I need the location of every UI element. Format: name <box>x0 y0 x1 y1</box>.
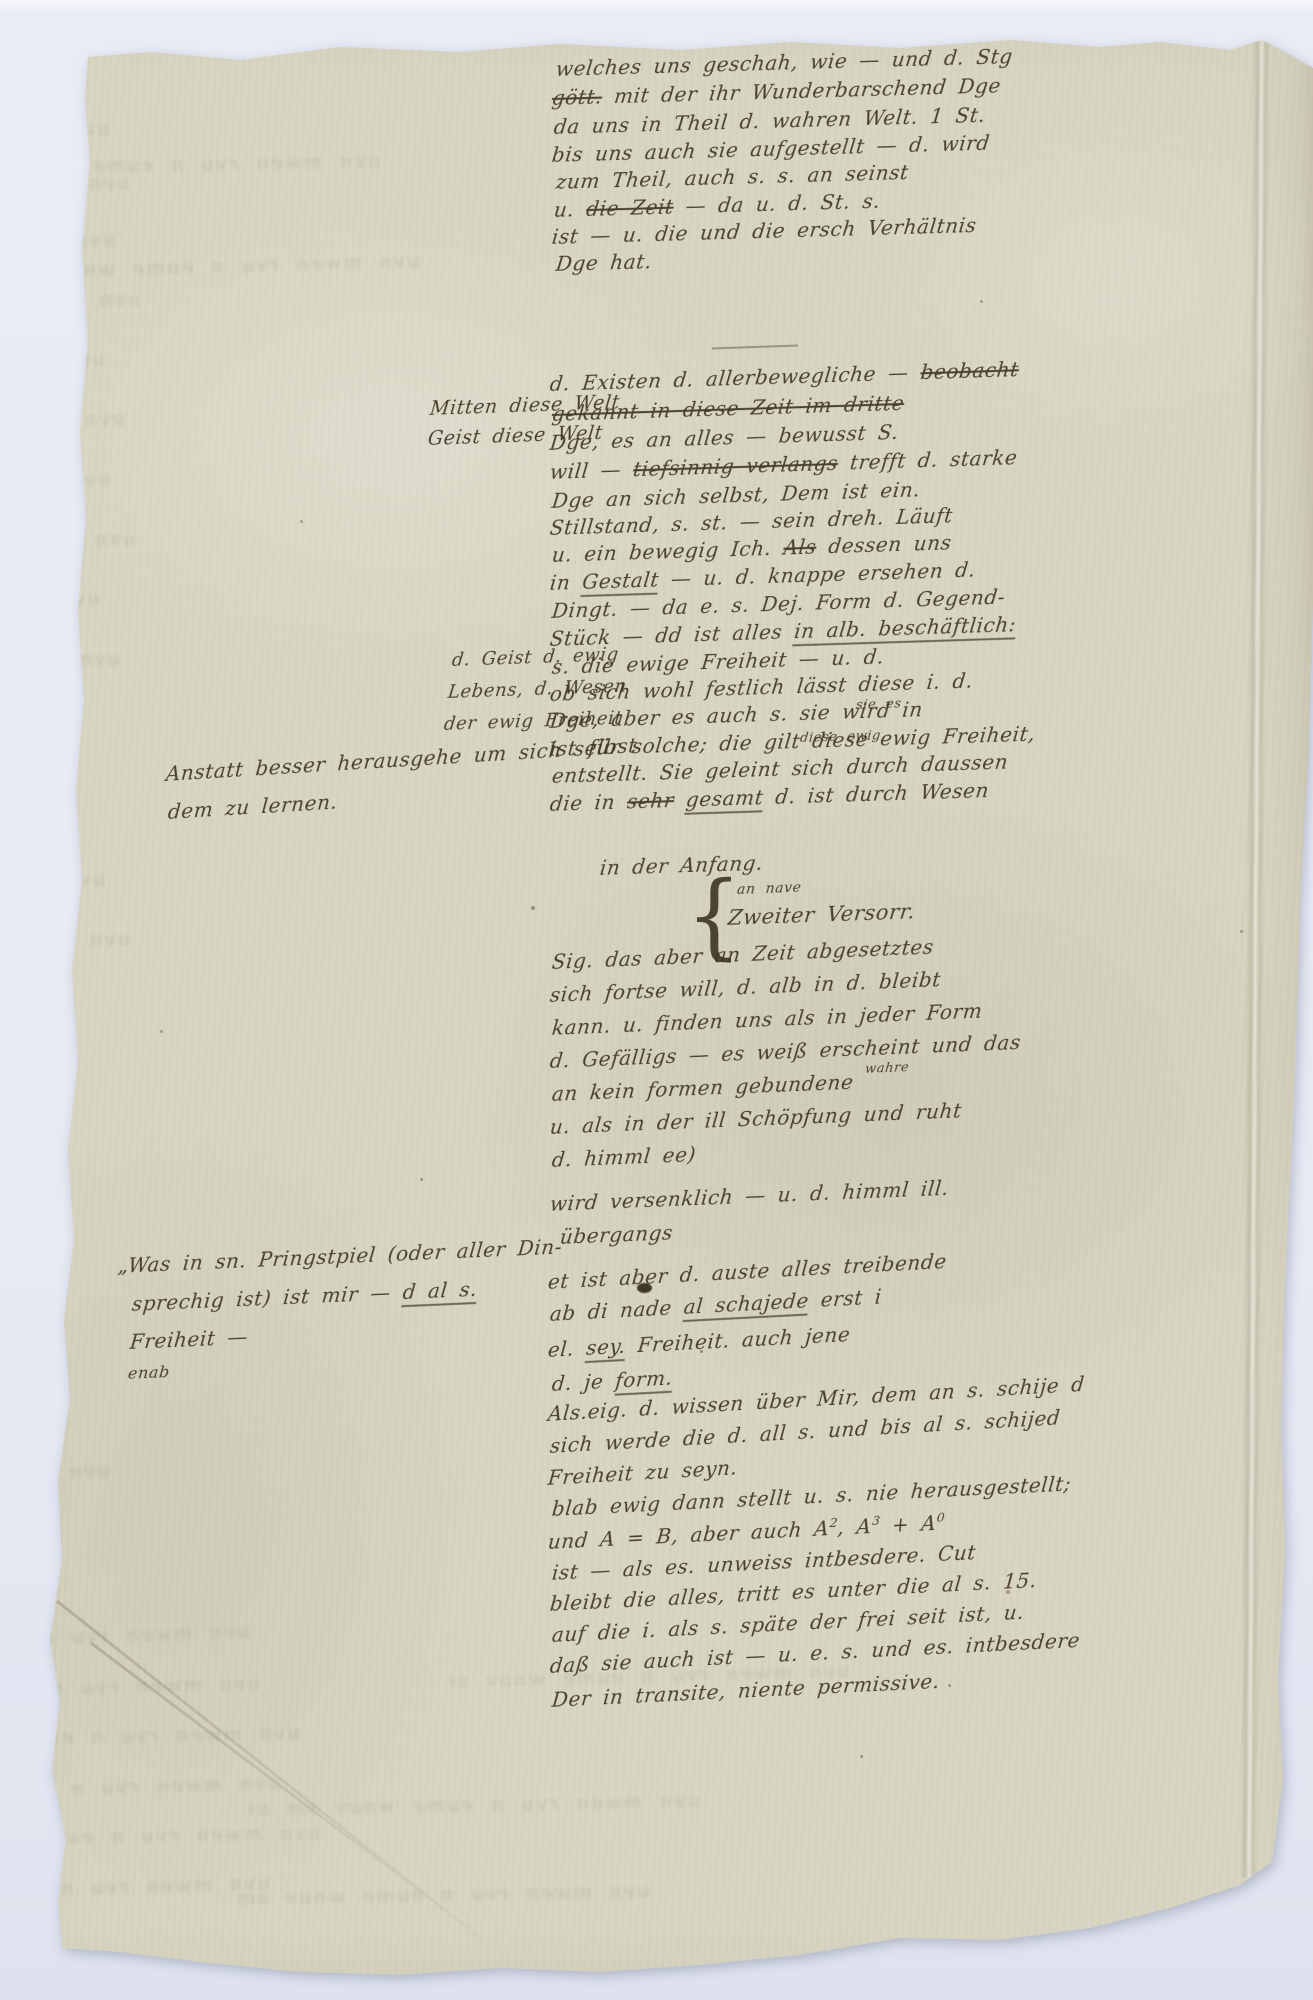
manuscript-line: an nave <box>736 880 802 898</box>
ink-speck <box>160 1030 163 1033</box>
ink-speck <box>531 906 535 910</box>
ghost-bleedthrough-line: uvn mwen rvu n eume wnuv sm uren vmn sum… <box>0 118 110 150</box>
ghost-bleedthrough-line: uvn mwen rvu n eume wnuv sm uren vmn sum… <box>0 1620 250 1657</box>
manuscript-page: uvn mwen rvu n eume wnuv sm uren vmn sum… <box>0 0 1313 2000</box>
manuscript-line: übergangs <box>559 1220 674 1249</box>
ghost-bleedthrough-line: uvn mwen rvu n eume wnuv sm uren vmn sum… <box>0 868 105 901</box>
ink-speck <box>980 300 983 303</box>
ghost-bleedthrough-line: uvn mwen rvu n eume wnuv sm uren vmn sum… <box>0 1722 300 1752</box>
margin-note-line: sprechig ist) ist mir — d al s. <box>131 1277 479 1316</box>
ghost-bleedthrough-line: uvn mwen rvu n eume wnuv sm uren vmn sum… <box>0 528 135 557</box>
manuscript-line: Freiheit zu seyn. <box>547 1455 739 1490</box>
ghost-bleedthrough-line: uvn mwen rvu n eume wnuv sm uren vmn sum… <box>0 1822 320 1853</box>
manuscript-line: el. sey. Freiheit. auch jene <box>547 1322 851 1362</box>
margin-note-line: enab <box>127 1362 171 1383</box>
manuscript-line: et ist aber d. auste alles treibende <box>547 1249 948 1294</box>
ghost-bleedthrough-line: uvn mwen rvu n eume wnuv sm uren vmn sum… <box>0 150 380 179</box>
ghost-bleedthrough-line: uvn mwen rvu n eume wnuv sm uren vmn sum… <box>0 1672 260 1704</box>
manuscript-line: d. himml ee) <box>551 1142 697 1172</box>
ghost-bleedthrough-line: uvn mwen rvu n eume wnuv sm uren vmn sum… <box>40 250 420 282</box>
manuscript-line: d. je form. <box>551 1366 674 1396</box>
ghost-bleedthrough-line: uvn mwen rvu n eume wnuv sm uren vmn sum… <box>0 1772 280 1805</box>
ghost-bleedthrough-line: uvn mwen rvu n eume wnuv sm uren vmn sum… <box>0 468 110 505</box>
manuscript-line: Zweiter Versorr. <box>727 899 917 930</box>
manuscript-line: sich fortse will, d. alb in d. bleibt <box>549 967 942 1007</box>
ink-speck <box>300 520 303 523</box>
ghost-bleedthrough-line: uvn mwen rvu n eume wnuv sm uren vmn sum… <box>0 288 140 317</box>
manuscript-line: u. als in der ill Schöpfung und ruht <box>549 1098 963 1139</box>
manuscript-line: wahre <box>864 1060 910 1077</box>
ghost-bleedthrough-line: uvn mwen rvu n eume wnuv sm uren vmn sum… <box>0 348 105 381</box>
paper-sheet: uvn mwen rvu n eume wnuv sm uren vmn sum… <box>0 0 1313 2000</box>
ghost-bleedthrough-line: uvn mwen rvu n eume wnuv sm uren vmn sum… <box>0 588 100 622</box>
ghost-bleedthrough-line: uvn mwen rvu n eume wnuv sm uren vmn sum… <box>0 408 125 437</box>
separator-rule <box>712 344 798 349</box>
ink-speck <box>1240 930 1243 933</box>
ink-speck <box>948 1684 951 1687</box>
ghost-bleedthrough-line: uvn mwen rvu n eume wnuv sm uren vmn sum… <box>0 1460 110 1489</box>
margin-note-line: Freiheit — <box>129 1325 249 1354</box>
margin-note-line: dem zu lernen. <box>167 790 338 825</box>
fold-crease <box>1240 38 1271 1878</box>
margin-note-line: „Was in sn. Pringstpiel (oder aller Din- <box>117 1235 564 1279</box>
manuscript-line: wird versenklich — u. d. himml ill. <box>549 1176 950 1216</box>
manuscript-line: Sig. das aber an Zeit abgesetztes <box>551 935 935 974</box>
ghost-bleedthrough-line: uvn mwen rvu n eume wnuv sm uren vmn sum… <box>0 928 130 957</box>
manuscript-line: an kein formen gebundene <box>551 1070 855 1106</box>
ink-speck <box>860 1755 863 1758</box>
scan-background: uvn mwen rvu n eume wnuv sm uren vmn sum… <box>0 0 1313 2000</box>
manuscript-line: d. Existen d. allerbewegliche — beobacht <box>549 357 1021 396</box>
manuscript-line: Dge hat. <box>555 249 654 276</box>
ink-speck <box>420 1178 423 1181</box>
ghost-bleedthrough-line: uvn mwen rvu n eume wnuv sm uren vmn sum… <box>0 648 120 677</box>
